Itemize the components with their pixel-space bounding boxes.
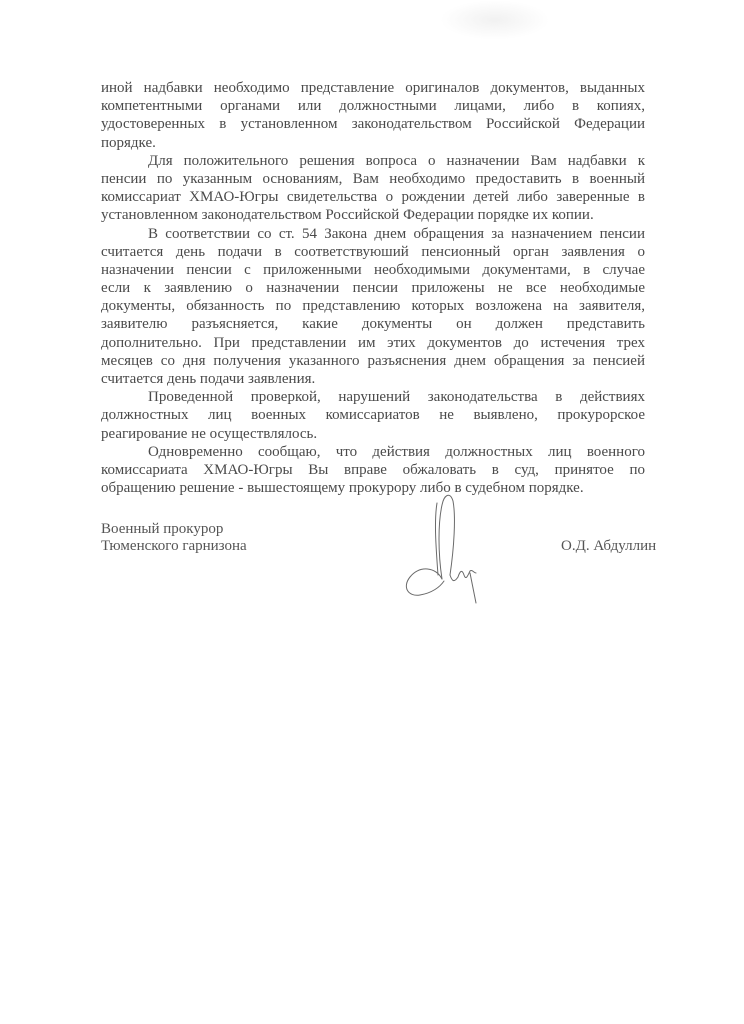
text-line: месяцев со дня получения указанного разъ… xyxy=(101,352,645,370)
text-line: документы, обязанность по представлению … xyxy=(101,297,645,315)
scan-smudge xyxy=(440,0,550,40)
text-line: порядке. xyxy=(101,134,645,152)
signatory-title-line-2: Тюменского гарнизона xyxy=(101,538,247,555)
text-line: иной надбавки необходимо представление о… xyxy=(101,79,645,97)
text-line: назначении пенсии с приложенными необход… xyxy=(101,261,645,279)
text-line: удостоверенных в установленном законодат… xyxy=(101,115,645,133)
text-line: установленном законодательством Российск… xyxy=(101,206,645,224)
text-line: комиссариата ХМАО-Югры Вы вправе обжалов… xyxy=(101,461,645,479)
text-line: Одновременно сообщаю, что действия должн… xyxy=(101,443,645,461)
text-line: реагирование не осуществлялось. xyxy=(101,425,645,443)
paragraph-2: Для положительного решения вопроса о наз… xyxy=(101,152,645,225)
paragraph-4: Проведенной проверкой, нарушений законод… xyxy=(101,388,645,443)
text-line: Проведенной проверкой, нарушений законод… xyxy=(101,388,645,406)
text-line: пенсии по указанным основаниям, Вам необ… xyxy=(101,170,645,188)
text-line: если к заявлению о назначении пенсии при… xyxy=(101,279,645,297)
handwritten-signature-icon xyxy=(398,493,528,605)
text-line: должностных лиц военных комиссариатов не… xyxy=(101,406,645,424)
text-line: Для положительного решения вопроса о наз… xyxy=(101,152,645,170)
text-line: обращению решение - вышестоящему прокуро… xyxy=(101,479,645,497)
paragraph-3: В соответствии со ст. 54 Закона днем обр… xyxy=(101,225,645,389)
text-line: В соответствии со ст. 54 Закона днем обр… xyxy=(101,225,645,243)
text-line: считается день подачи заявления. xyxy=(101,370,645,388)
text-line: заявителю разъясняется, какие документы … xyxy=(101,315,645,333)
paragraph-1: иной надбавки необходимо представление о… xyxy=(101,79,645,152)
text-line: комиссариат ХМАО-Югры свидетельства о ро… xyxy=(101,188,645,206)
signatory-title: Военный прокурор Тюменского гарнизона xyxy=(101,521,247,555)
scanned-letter-page: иной надбавки необходимо представление о… xyxy=(0,0,744,1024)
text-line: компетентными органами или должностными … xyxy=(101,97,645,115)
signatory-title-line-1: Военный прокурор xyxy=(101,521,247,538)
paragraph-5: Одновременно сообщаю, что действия должн… xyxy=(101,443,645,498)
text-line: дополнительно. При представлении им этих… xyxy=(101,334,645,352)
text-line: считается день подачи в соответствуюший … xyxy=(101,243,645,261)
letter-body: иной надбавки необходимо представление о… xyxy=(101,79,645,497)
signatory-name: О.Д. Абдуллин xyxy=(561,538,656,555)
